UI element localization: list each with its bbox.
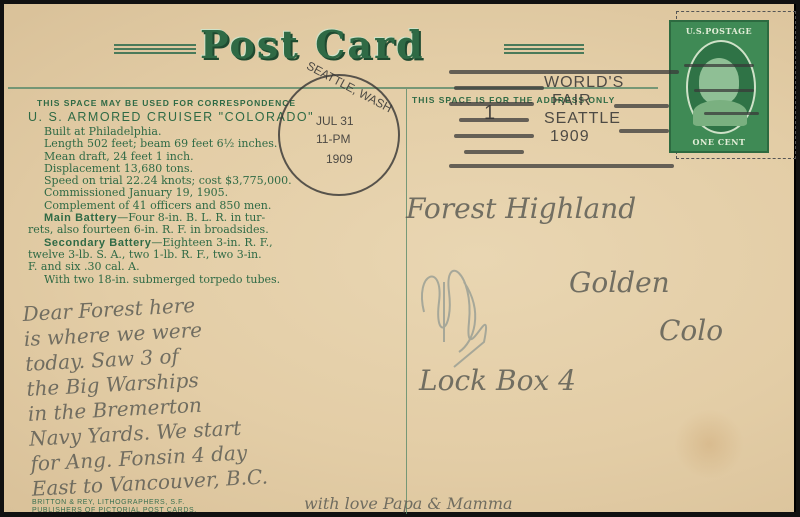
worlds-fair-slogan: WORLD'S FAIR SEATTLE 1909: [544, 74, 624, 146]
address-line-name: Forest Highland: [406, 192, 636, 225]
cancel-number: 1: [484, 102, 495, 125]
slogan-line: SEATTLE: [544, 110, 624, 128]
secondary-battery-label: Secondary Battery: [44, 237, 151, 249]
title-ornament-right: [504, 42, 584, 56]
ship-title: U. S. ARMORED CRUISER "COLORADO": [28, 110, 314, 124]
correspondence-header: THIS SPACE MAY BE USED FOR CORRESPONDENC…: [37, 98, 296, 108]
spec-line: With two 18-in. submerged torpedo tubes.: [28, 274, 380, 286]
address-line-state: Colo: [659, 314, 723, 347]
stamp-denomination: ONE CENT: [671, 137, 767, 147]
postage-stamp: U.S.POSTAGE ONE CENT: [669, 20, 769, 153]
main-battery-label: Main Battery: [44, 212, 117, 224]
stain: [674, 409, 744, 479]
slogan-line: 1909: [544, 128, 624, 146]
publisher-imprint: BRITTON & REY, LITHOGRAPHERS, S.F. PUBLI…: [32, 499, 197, 514]
publisher-line: PUBLISHERS OF PICTORIAL POST CARDS.: [32, 507, 197, 515]
slogan-line: WORLD'S: [544, 74, 624, 92]
slogan-line: FAIR: [544, 92, 624, 110]
main-battery-text: —Four 8-in. B. L. R. in tur-: [117, 211, 265, 224]
message-signature: with love Papa & Mamma: [304, 494, 513, 513]
postcard-back: Post Card THIS SPACE MAY BE USED FOR COR…: [4, 4, 796, 512]
postmark-time: 11-PM: [316, 132, 350, 146]
postmark-year: 1909: [326, 152, 353, 166]
address-line-city: Golden: [569, 266, 670, 299]
title-ornament-left: [114, 42, 196, 56]
postmark-date: JUL 31: [316, 114, 354, 128]
stamp-top-text: U.S.POSTAGE: [671, 26, 767, 36]
spec-line: F. and six .30 cal. A.: [28, 261, 380, 273]
pencil-scribble: [414, 252, 524, 372]
center-divider: [406, 89, 407, 514]
handwritten-message: Dear Forest here is where we were today.…: [22, 290, 269, 502]
secondary-battery-text: —Eighteen 3-in. R. F.,: [151, 236, 272, 249]
